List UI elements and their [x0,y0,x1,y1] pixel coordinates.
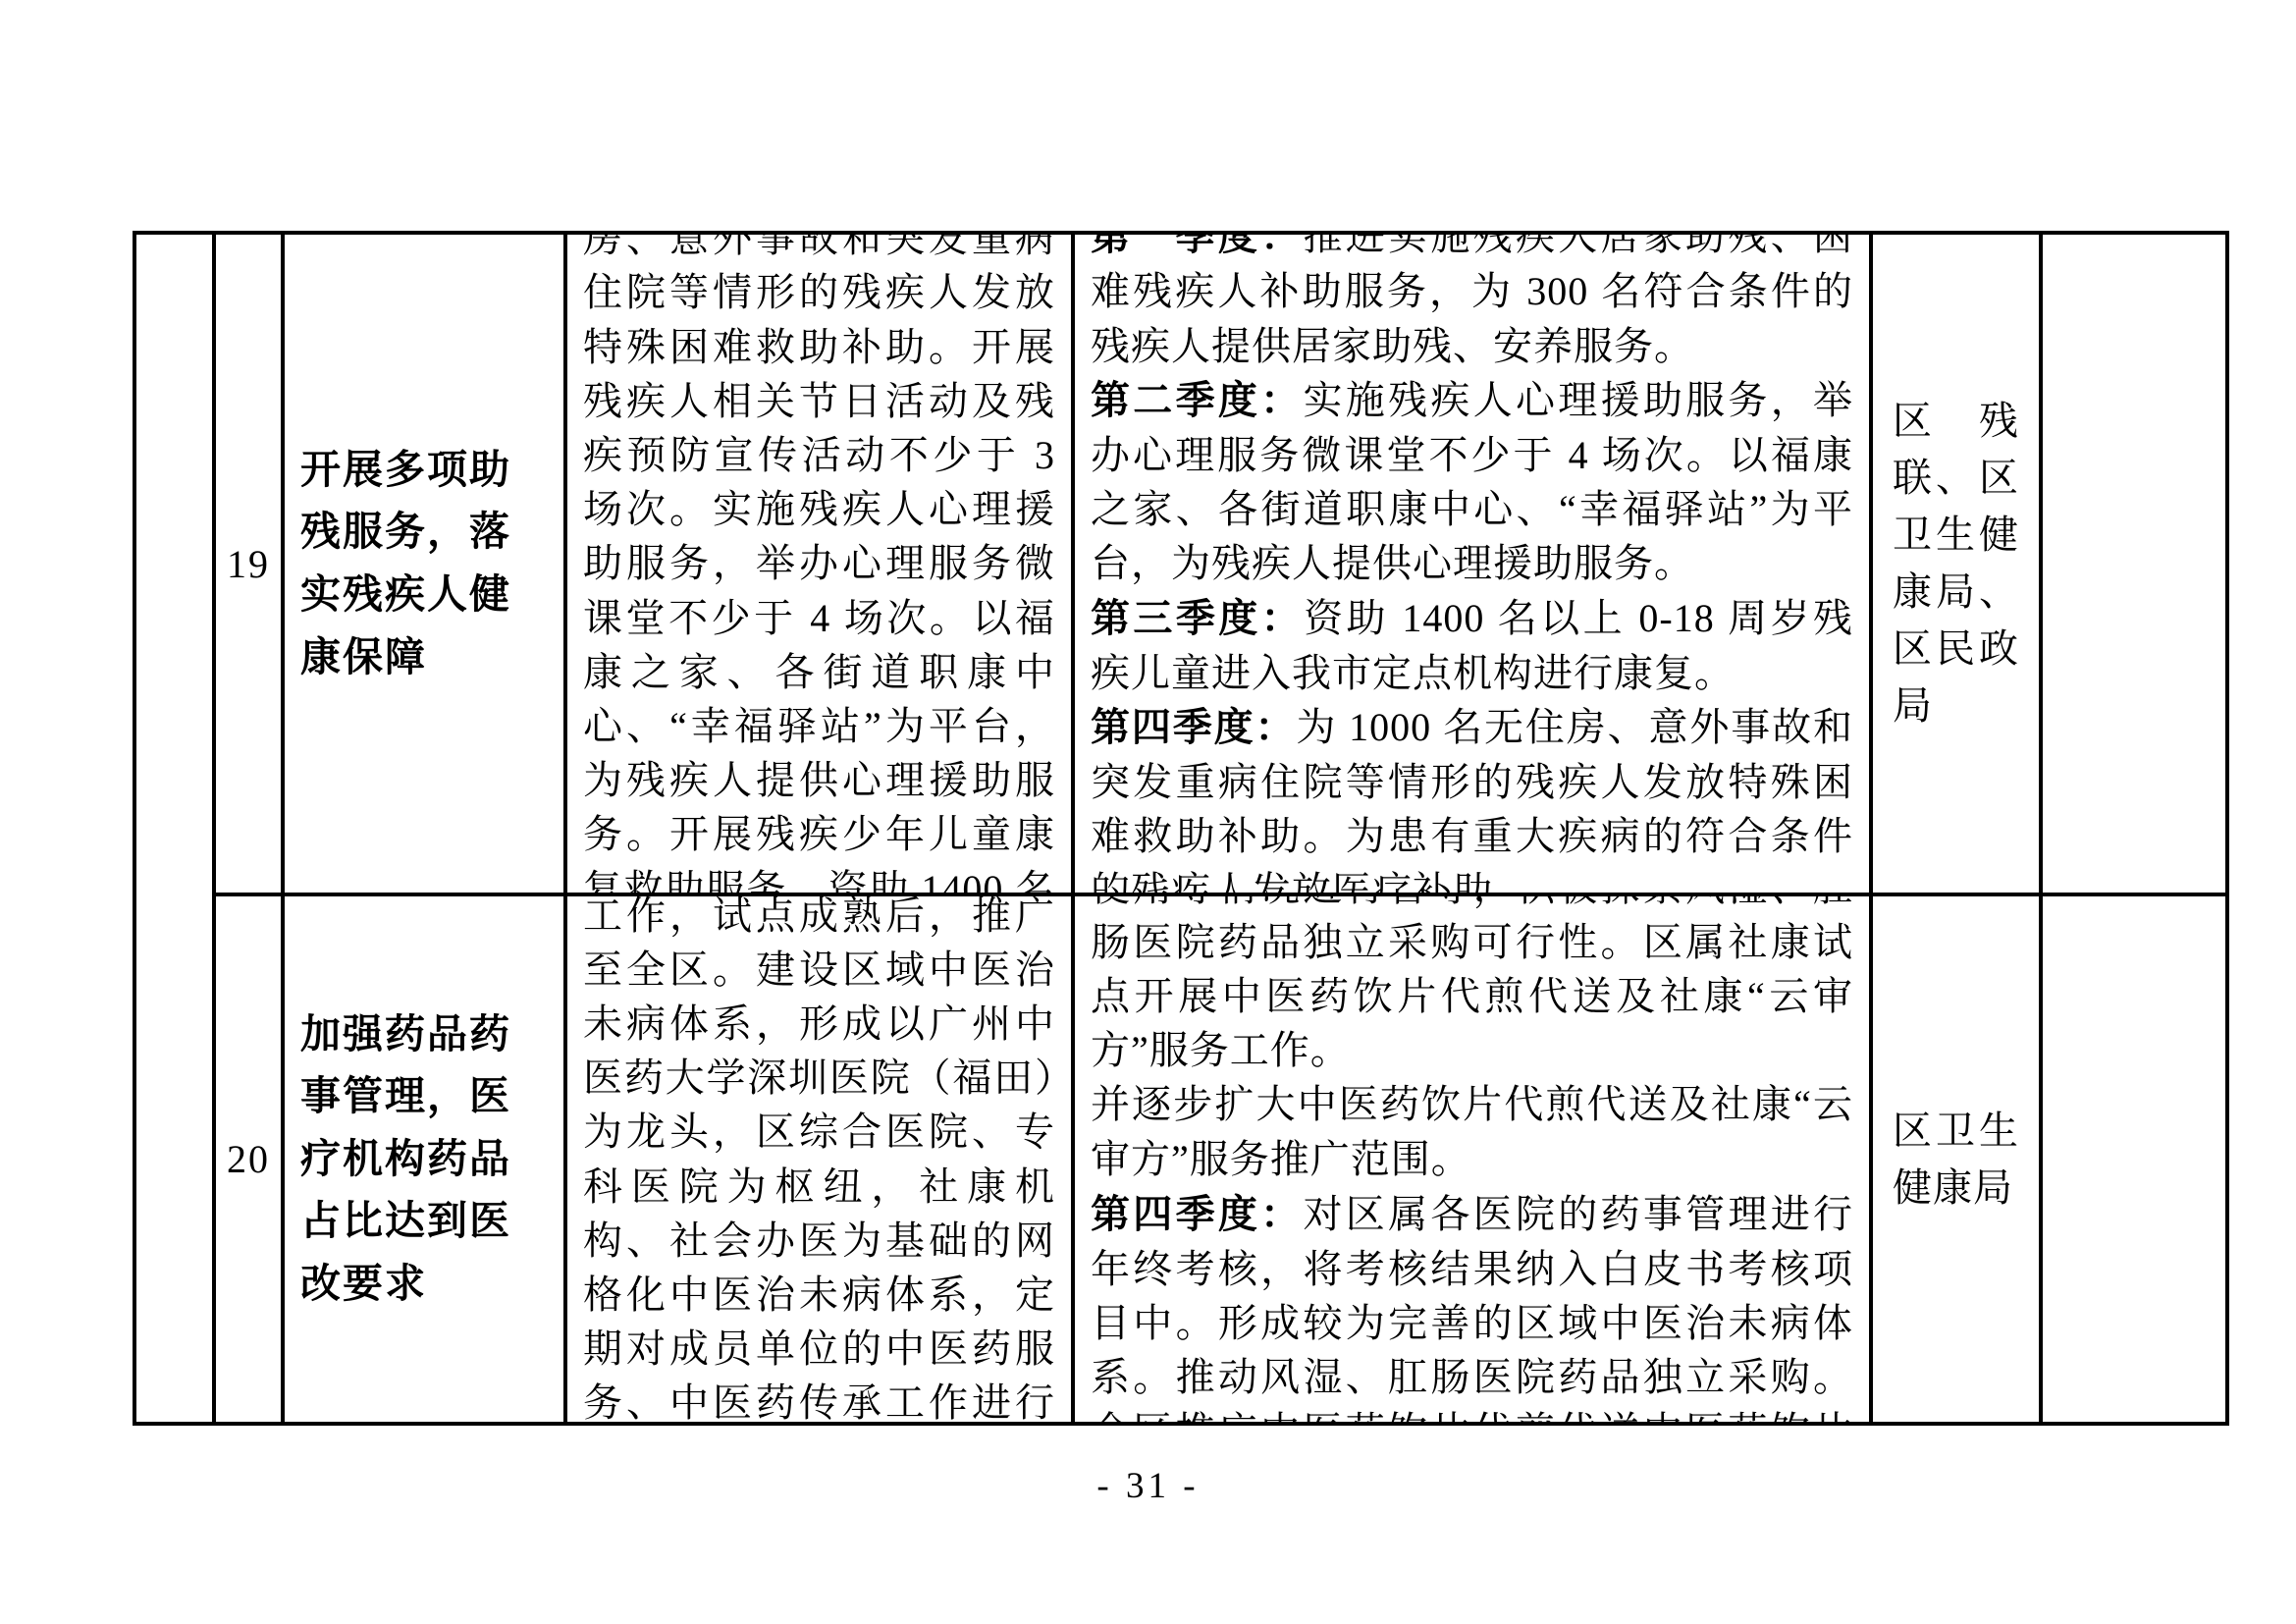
row-19-task-title: 开展多项助残服务，落实残疾人健康保障 [281,235,563,893]
measures-text: 试点开展中医药饮片代煎代送及社康“云审方”服务工作，试点成熟后，推广至全区。建设… [583,893,1055,1422]
quarter-label: 第一季度： [1091,235,1303,258]
quarter-item: 第一、二、三季度：每季度对区属各医院抗菌药品使用强度、处方点评、精麻药品使用等情… [1091,893,1853,1077]
quarter-text: 并逐步扩大中医药饮片代煎代送及社康“云审方”服务推广范围。 [1091,1082,1853,1181]
row-19-department: 区残联、区卫生健康局、区民政局 [1869,235,2039,893]
row-20-task-title: 加强药品药事管理，医疗机构药品占比达到医改要求 [281,893,563,1422]
row-19-remark-cell [2039,235,2225,893]
page-number: - 31 - [0,1465,2296,1507]
row-19-quarterly-plan: 第一季度：推进实施残疾人居家助残、困难残疾人补助服务，为 300 名符合条件的残… [1071,235,1869,893]
row-20-number: 20 [212,893,281,1422]
quarter-item: 第四季度：对区属各医院的药事管理进行年终考核，将考核结果纳入白皮书考核项目中。形… [1091,1187,1853,1422]
task-title-text: 加强药品药事管理，医疗机构药品占比达到医改要求 [300,1003,548,1316]
quarter-label: 第三季度： [1091,597,1304,640]
quarter-item: 并逐步扩大中医药饮片代煎代送及社康“云审方”服务推广范围。 [1091,1077,1853,1186]
quarter-item: 第二季度：实施残疾人心理援助服务，举办心理服务微课堂不少于 4 场次。以福康之家… [1091,373,1853,591]
quarter-label: 第四季度： [1091,1193,1303,1236]
quarter-item: 第三季度：资助 1400 名以上 0-18 周岁残疾儿童进入我市定点机构进行康复… [1091,591,1853,700]
merged-left-cell [136,235,212,1422]
quarter-label: 第四季度： [1091,706,1296,749]
department-text: 区残联、区卫生健康局、区民政局 [1893,393,2019,734]
row-20-measures: 试点开展中医药饮片代煎代送及社康“云审方”服务工作，试点成熟后，推广至全区。建设… [563,893,1071,1422]
work-plan-table: 19 开展多项助残服务，落实残疾人健康保障 推进实施残疾人居家助残、困难残疾人补… [133,231,2229,1426]
quarter-label: 第二季度： [1091,379,1303,422]
quarter-item: 第四季度：为 1000 名无住房、意外事故和突发重病住院等情形的残疾人发放特殊困… [1091,700,1853,893]
row-19-measures: 推进实施残疾人居家助残、困难残疾人补助服务，为 300 名符合条件的残疾人提供居… [563,235,1071,893]
task-title-text: 开展多项助残服务，落实残疾人健康保障 [300,439,548,688]
row-20-department: 区卫生健康局 [1869,893,2039,1422]
row-20-quarterly-plan: 第一、二、三季度：每季度对区属各医院抗菌药品使用强度、处方点评、精麻药品使用等情… [1071,893,1869,1422]
quarter-item: 第一季度：推进实施残疾人居家助残、困难残疾人补助服务，为 300 名符合条件的残… [1091,235,1853,373]
row-20-remark-cell [2039,893,2225,1422]
measures-text: 推进实施残疾人居家助残、困难残疾人补助服务，为 300 名符合条件的残疾人提供居… [583,235,1055,893]
department-text: 区卫生健康局 [1893,1103,2019,1217]
quarter-text: 每季度对区属各医院抗菌药品使用强度、处方点评、精麻药品使用等情况进行督导，积极探… [1091,893,1853,1072]
document-page: 19 开展多项助残服务，落实残疾人健康保障 推进实施残疾人居家助残、困难残疾人补… [0,0,2296,1624]
row-19-number: 19 [212,235,281,893]
